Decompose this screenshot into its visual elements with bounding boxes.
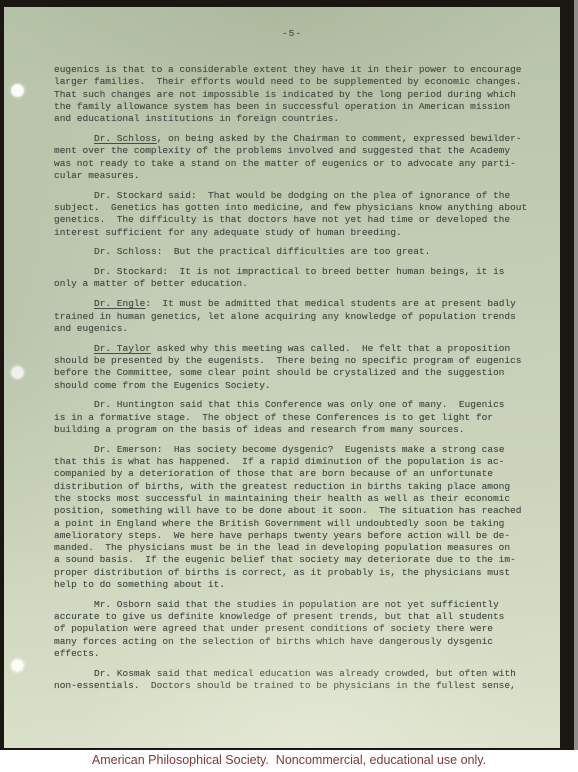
paragraph: Dr. Kosmak said that medical education w… — [54, 668, 546, 693]
paragraph: Dr. Schloss, on being asked by the Chair… — [54, 133, 546, 182]
text-line: a point in England where the British Gov… — [54, 518, 546, 530]
paragraph: Dr. Stockard said: That would be dodging… — [54, 190, 546, 239]
text-line: Dr. Kosmak said that medical education w… — [54, 668, 546, 680]
underlined-speaker-name: Dr. Engle — [94, 298, 145, 309]
paragraph: Mr. Osborn said that the studies in popu… — [54, 599, 546, 660]
text-line: is in a formative stage. The object of t… — [54, 412, 546, 424]
text-line: eugenics is that to a considerable exten… — [54, 64, 546, 76]
text-line: the family allowance system has been in … — [54, 101, 546, 113]
text-line: Dr. Schloss, on being asked by the Chair… — [54, 133, 546, 145]
text-line: trained in human genetics, let alone acq… — [54, 311, 546, 323]
text-line: distribution of births, with the greates… — [54, 481, 546, 493]
text-line: manded. The physicians must be in the le… — [54, 542, 546, 554]
text-line: Mr. Osborn said that the studies in popu… — [54, 599, 546, 611]
text-line: ment over the complexity of the problems… — [54, 145, 546, 157]
text-line: before the Committee, some clear point s… — [54, 367, 546, 379]
caption-bar: American Philosophical Society. Noncomme… — [0, 750, 578, 772]
text-line: help to do something about it. — [54, 579, 546, 591]
text-line: only a matter of better education. — [54, 278, 546, 290]
text-line: should come from the Eugenics Society. — [54, 380, 546, 392]
text-line: larger families. Their efforts would nee… — [54, 76, 546, 88]
page-number: -5- — [14, 28, 560, 39]
text-line: building a program on the basis of ideas… — [54, 424, 546, 436]
hole-punch — [11, 84, 24, 97]
caption-text: American Philosophical Society. Noncomme… — [92, 753, 486, 767]
text-line: and educational institutions in foreign … — [54, 113, 546, 125]
text-line: interest sufficient for any adequate stu… — [54, 227, 546, 239]
text-line: a sound basis. If the eugenic belief tha… — [54, 554, 546, 566]
scan-edge — [574, 0, 578, 750]
text-line: Dr. Taylor asked why this meeting was ca… — [54, 343, 546, 355]
text-line: cular measures. — [54, 170, 546, 182]
text-line: that this is what has happened. If a rap… — [54, 456, 546, 468]
text-line: of population were agreed that under pre… — [54, 623, 546, 635]
text-line: That such changes are not impossible is … — [54, 89, 546, 101]
text-line: was not ready to take a stand on the mat… — [54, 158, 546, 170]
text-line: effects. — [54, 648, 546, 660]
text-line: subject. Genetics has gotten into medici… — [54, 202, 546, 214]
text-line: genetics. The difficulty is that doctors… — [54, 214, 546, 226]
paragraph: Dr. Schloss: But the practical difficult… — [54, 246, 546, 258]
text-line: should be presented by the eugenists. Th… — [54, 355, 546, 367]
text-line: companied by a deterioration of those th… — [54, 468, 546, 480]
text-line: position, something will have to be done… — [54, 505, 546, 517]
document-page: -5- eugenics is that to a considerable e… — [4, 7, 560, 748]
text-line: accurate to give us definite knowledge o… — [54, 611, 546, 623]
text-line: Dr. Emerson: Has society become dysgenic… — [54, 444, 546, 456]
paragraph: Dr. Engle: It must be admitted that medi… — [54, 298, 546, 335]
text-line: Dr. Stockard said: That would be dodging… — [54, 190, 546, 202]
paragraph: Dr. Emerson: Has society become dysgenic… — [54, 444, 546, 592]
underlined-speaker-name: Dr. Taylor — [94, 343, 151, 354]
text-line: and eugenics. — [54, 323, 546, 335]
scanned-page-frame: -5- eugenics is that to a considerable e… — [0, 0, 578, 772]
page-paragraphs: eugenics is that to a considerable exten… — [54, 64, 546, 700]
underlined-speaker-name: Dr. Schloss — [94, 133, 157, 144]
text-line: Dr. Huntington said that this Conference… — [54, 399, 546, 411]
text-line: many forces acting on the selection of b… — [54, 636, 546, 648]
paragraph: Dr. Huntington said that this Conference… — [54, 399, 546, 436]
text-line: Dr. Stockard: It is not impractical to b… — [54, 266, 546, 278]
text-line: non-essentials. Doctors should be traine… — [54, 680, 546, 692]
text-line: the stocks most successful in maintainin… — [54, 493, 546, 505]
text-line: proper distribution of births is correct… — [54, 567, 546, 579]
hole-punch — [11, 366, 24, 379]
paragraph: Dr. Stockard: It is not impractical to b… — [54, 266, 546, 291]
paragraph: Dr. Taylor asked why this meeting was ca… — [54, 343, 546, 392]
text-line: Dr. Schloss: But the practical difficult… — [54, 246, 546, 258]
text-line: amelioratory steps. We here have perhaps… — [54, 530, 546, 542]
paragraph: eugenics is that to a considerable exten… — [54, 64, 546, 125]
hole-punch — [11, 659, 24, 672]
text-line: Dr. Engle: It must be admitted that medi… — [54, 298, 546, 310]
